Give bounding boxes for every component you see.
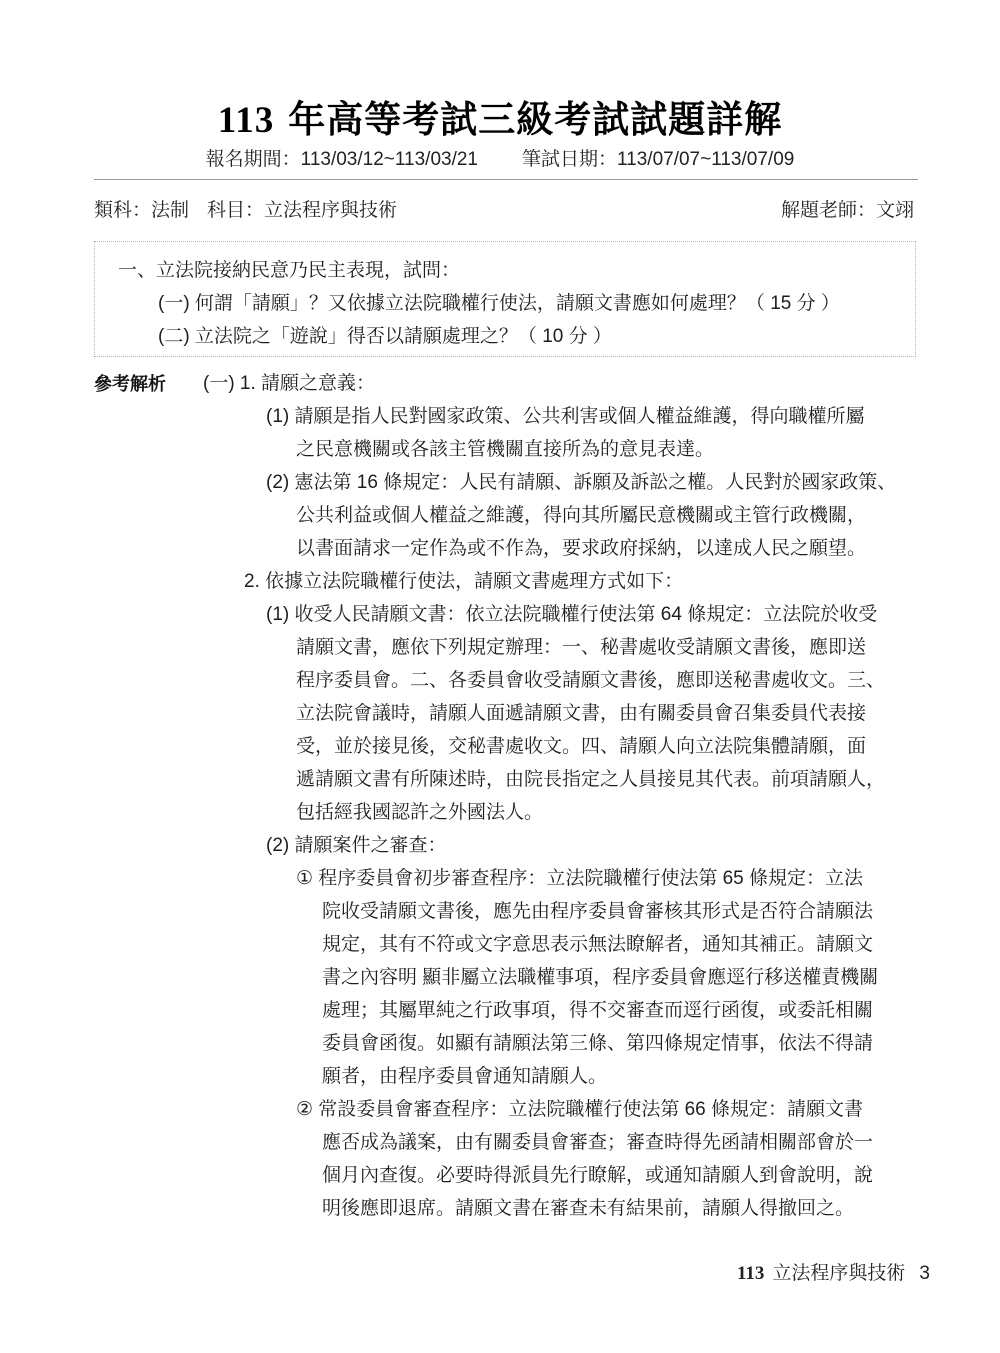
answer-line: 願者，由程序委員會通知請願人。	[322, 1062, 607, 1092]
answer-line: 立法院會議時，請願人面遞請願文書，由有關委員會召集委員代表接	[296, 699, 866, 729]
answer-label: 參考解析	[94, 369, 166, 399]
answer-line: 處理；其屬單純之行政事項，得不交審查而逕行函復，或委託相關	[322, 996, 873, 1026]
page-number: 3	[919, 1263, 930, 1284]
answer-line: 委員會函復。如顯有請願法第三條、第四條規定情事，依法不得請	[322, 1029, 873, 1059]
answer-line: 規定，其有不符或文字意思表示無法瞭解者，通知其補正。請願文	[322, 930, 873, 960]
answer-line: 明後應即退席。請願文書在審查未有結果前，請願人得撤回之。	[322, 1194, 854, 1224]
answer-line: 2. 依據立法院職權行使法，請願文書處理方式如下：	[244, 567, 683, 597]
answer-line: 以書面請求一定作為或不作為，要求政府採納，以達成人民之願望。	[296, 534, 866, 564]
answer-line: 之民意機關或各該主管機關直接所為的意見表達。	[296, 435, 714, 465]
registration-period: 報名期間：113/03/12~113/03/21	[206, 149, 478, 170]
answer-line: (一) 1. 請願之意義：	[203, 369, 375, 399]
answer-line: 包括經我國認許之外國法人。	[296, 798, 543, 828]
answer-line: ① 程序委員會初步審查程序：立法院職權行使法第 65 條規定：立法	[296, 864, 863, 894]
title-year: 113	[218, 100, 274, 141]
answer-line: 遞請願文書有所陳述時，由院長指定之人員接見其代表。前項請願人，	[296, 765, 885, 795]
answer-line: 程序委員會。二、各委員會收受請願文書後，應即送秘書處收文。三、	[296, 666, 885, 696]
answer-line: 書之內容明 顯非屬立法職權事項，程序委員會應逕行移送權責機關	[322, 963, 878, 993]
subject: 科目：立法程序與技術	[207, 200, 397, 221]
answer-line: 院收受請願文書後，應先由程序委員會審核其形式是否符合請願法	[322, 897, 873, 927]
answer-line: 個月內查復。必要時得派員先行瞭解，或通知請願人到會說明，說	[322, 1161, 873, 1191]
answer-line: 公共利益或個人權益之維護，得向其所屬民意機關或主管行政機關，	[296, 501, 866, 531]
answer-line: 受，並於接見後，交秘書處收文。四、請願人向立法院集體請願，面	[296, 732, 866, 762]
question-part-1: (一) 何謂「請願」？又依據立法院職權行使法，請願文書應如何處理？（ 15 分 …	[158, 289, 840, 319]
header-divider	[94, 179, 918, 180]
answer-line: (2) 請願案件之審查：	[266, 831, 447, 861]
answer-line: (1) 請願是指人民對國家政策、公共利害或個人權益維護，得向職權所屬	[266, 402, 865, 432]
question-stem: 一、立法院接納民意乃民主表現，試問：	[118, 256, 460, 286]
answer-line: ② 常設委員會審查程序：立法院職權行使法第 66 條規定：請願文書	[296, 1095, 863, 1125]
exam-meta: 類科：法制科目：立法程序與技術 解題老師：文翊	[94, 197, 918, 225]
page-title: 113年高等考試三級考試試題詳解	[0, 96, 1000, 145]
footer-year: 113	[737, 1263, 764, 1284]
answer-line: (2) 憲法第 16 條規定：人民有請願、訴願及訴訟之權。人民對於國家政策、	[266, 468, 896, 498]
title-text: 年高等考試三級考試試題詳解	[288, 99, 782, 140]
written-exam-dates: 筆試日期：113/07/07~113/07/09	[522, 149, 794, 170]
exam-dates-line: 報名期間：113/03/12~113/03/21筆試日期：113/07/07~1…	[0, 147, 1000, 173]
teacher: 解題老師：文翊	[781, 200, 914, 221]
category: 類科：法制	[94, 200, 189, 221]
answer-line: 應否成為議案，由有關委員會審查；審查時得先函請相關部會於一	[322, 1128, 873, 1158]
answer-line: 請願文書，應依下列規定辦理：一、秘書處收受請願文書後，應即送	[296, 633, 866, 663]
footer-subject: 立法程序與技術	[772, 1263, 905, 1284]
answer-line: (1) 收受人民請願文書：依立法院職權行使法第 64 條規定：立法院於收受	[266, 600, 877, 630]
page-footer: 113立法程序與技術3	[700, 1260, 930, 1288]
question-part-2: (二) 立法院之「遊說」得否以請願處理之？（ 10 分 ）	[158, 322, 612, 352]
